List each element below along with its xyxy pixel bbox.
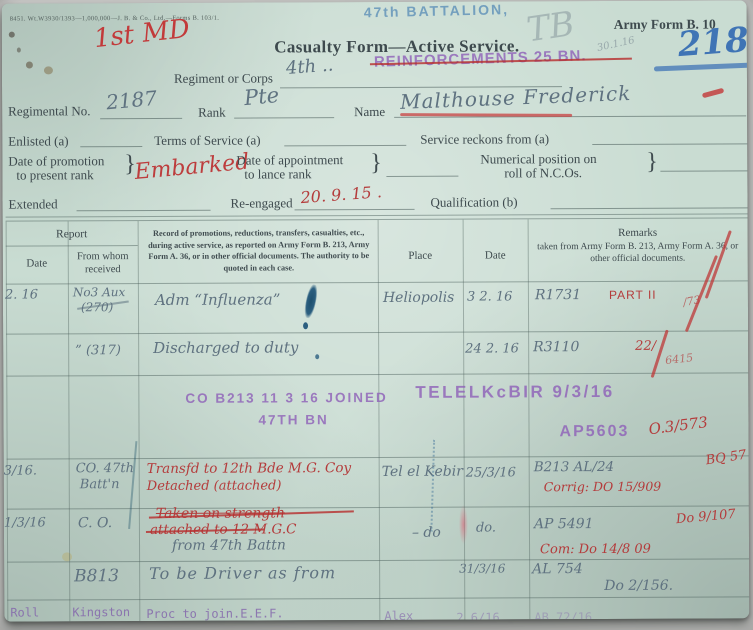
field-underline xyxy=(80,146,142,147)
row-remarks-red: 22/ xyxy=(635,339,656,354)
battalion-stamp: 47th BATTALION, xyxy=(364,1,510,20)
row-remarks-red1: BQ 57 xyxy=(705,448,748,469)
row-record-red2: Detached (attached) xyxy=(147,478,282,494)
row-remarks: B213 AL/24 xyxy=(534,459,614,475)
row-date2: do. xyxy=(476,520,496,535)
scanned-document: 8451. Wt.W3930/1393—1,000,000—J. B. & Co… xyxy=(0,0,753,630)
telelkebir-stamp: TELELKcBIR 9/3/16 xyxy=(415,382,614,403)
row-date2: 25/3/16 xyxy=(466,465,516,480)
row-remarks-red1: Do 9/107 xyxy=(675,507,736,527)
header-record: Record of promotions, reductions, transf… xyxy=(144,227,374,274)
row-record: Proc to join.E.E.F. xyxy=(146,606,283,621)
row-date2: 2 6/16 xyxy=(456,610,499,621)
row-place: Alex xyxy=(384,609,413,622)
brace: } xyxy=(370,150,382,177)
reengaged-value: 20. 9. 15 . xyxy=(300,182,383,207)
pencil-date-note: 30.1.16 xyxy=(596,35,636,54)
extended-label: Extended xyxy=(8,196,57,212)
row-from2: Batt'n xyxy=(80,477,120,492)
stain-speck xyxy=(44,66,53,74)
row-place: Tel el Kebir xyxy=(382,464,463,480)
header-place: Place xyxy=(378,250,463,262)
row-from: B813 xyxy=(74,566,119,586)
field-underline xyxy=(386,176,458,177)
appointment-label-line2: to lance rank xyxy=(244,166,311,182)
header-date: Date xyxy=(6,257,68,269)
row-remarks-red2: /73 xyxy=(682,293,702,309)
row-remarks: R1731 xyxy=(535,287,581,303)
red-slash-mark xyxy=(685,255,718,332)
row-date: 3/16. xyxy=(4,463,37,478)
yellow-stain xyxy=(62,552,72,561)
row-record: To be Driver as from xyxy=(149,563,336,583)
blue-underline-mark xyxy=(654,63,749,72)
row-remarks: AB 72/16 xyxy=(534,610,592,622)
rank-label: Rank xyxy=(198,105,226,121)
numerical-label-line2: roll of N.C.Os. xyxy=(504,165,582,181)
field-underline xyxy=(100,118,182,119)
stain-speck xyxy=(26,61,33,68)
header-report: Report xyxy=(6,228,138,241)
ink-dot xyxy=(315,354,319,359)
field-underline xyxy=(234,117,334,118)
crease-line xyxy=(128,441,137,529)
row-date2: 3 2. 16 xyxy=(467,289,513,304)
row-remarks: AL 754 xyxy=(532,561,583,577)
row-date2: 31/3/16 xyxy=(459,561,505,575)
dotted-ink-line xyxy=(430,440,435,532)
row-date: 2. 16 xyxy=(5,287,38,302)
enlisted-label: Enlisted (a) xyxy=(8,133,68,149)
field-underline xyxy=(284,145,406,147)
field-underline xyxy=(551,207,749,209)
name-label: Name xyxy=(354,104,385,120)
row-remarks2: Do 2/156. xyxy=(604,578,673,594)
row-remarks: AP 5491 xyxy=(534,516,594,532)
row-remarks-red: PART II xyxy=(609,288,657,302)
row-from: ” (317) xyxy=(75,343,121,358)
row-date: 1/3/16 xyxy=(4,515,46,530)
row-remarks-red2: Com: Do 14/8 09 xyxy=(540,542,651,557)
row-remarks-red2: 6415 xyxy=(665,351,694,367)
regimental-no-label: Regimental No. xyxy=(8,103,90,119)
header-remarks: Remarks xyxy=(530,226,746,239)
ink-dot xyxy=(303,322,308,329)
promotion-label-line2: to present rank xyxy=(16,167,93,183)
field-underline xyxy=(660,170,748,171)
terms-label: Terms of Service (a) xyxy=(154,133,260,149)
regimental-no-value: 2187 xyxy=(105,86,158,115)
qualification-label: Qualification (b) xyxy=(430,194,517,210)
row-place: Heliopolis xyxy=(383,290,454,306)
field-underline xyxy=(77,210,211,212)
field-underline xyxy=(592,143,748,145)
row-from: No3 Aux xyxy=(73,285,125,299)
pink-smudge xyxy=(459,505,468,545)
blue-number: 218 xyxy=(676,20,749,65)
row-from: C. O. xyxy=(78,515,112,531)
promotion-value: Embarked xyxy=(133,150,250,185)
header-from-whom: From whom received xyxy=(71,251,135,276)
row-record-red1: Transfd to 12th Bde M.G. Coy xyxy=(147,460,351,477)
reengaged-label: Re-engaged xyxy=(230,195,292,211)
joined-stamp-line2: 47TH BN xyxy=(258,412,328,427)
row-date2: 24 2. 16 xyxy=(465,341,519,356)
regiment-value: 4th .. xyxy=(285,55,334,79)
field-underline xyxy=(295,209,415,211)
row-remarks: R3110 xyxy=(533,339,579,355)
rank-value: Pte xyxy=(243,83,280,110)
row-from: Kingston xyxy=(72,605,130,619)
header-date2: Date xyxy=(463,249,528,261)
form-paper: 8451. Wt.W3930/1393—1,000,000—J. B. & Co… xyxy=(2,0,750,621)
red-dash-mark xyxy=(702,88,725,99)
row-date: Roll xyxy=(10,605,39,619)
ap-stamp: AP5603 xyxy=(559,423,629,441)
row-record: Discharged to duty xyxy=(153,338,298,357)
row-record: Adm “Influenza” xyxy=(155,290,280,309)
joined-stamp-line1: CO B213 11 3 16 JOINED xyxy=(185,390,387,406)
table-hline xyxy=(6,245,138,247)
brace: } xyxy=(646,149,658,176)
red-reference: O.3/573 xyxy=(648,413,709,438)
row-record2: from 47th Battn xyxy=(172,537,286,553)
service-reckons-label: Service reckons from (a) xyxy=(420,131,549,148)
row-place: – do xyxy=(412,525,441,541)
row-remarks-red2: Corrig: DO 15/909 xyxy=(544,479,662,495)
row-from: CO. 47th xyxy=(76,461,134,476)
stain-speck xyxy=(17,48,21,53)
stain-speck xyxy=(9,32,15,38)
ink-blot xyxy=(303,284,320,319)
